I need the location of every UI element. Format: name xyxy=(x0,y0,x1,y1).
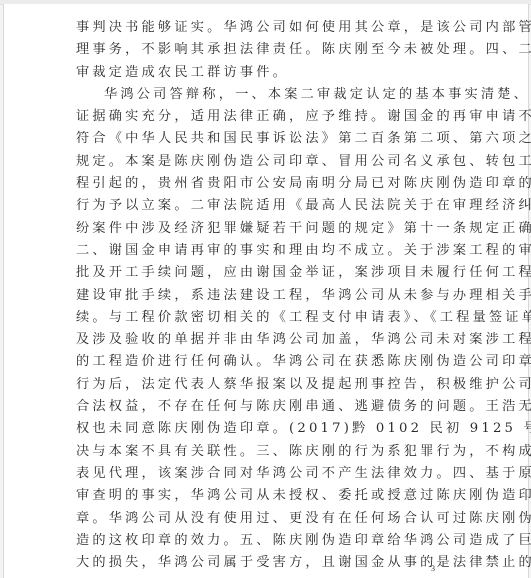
text-line: 续。与工程价款密切相关的《工程支付申请表》、《工程量签证单》 xyxy=(76,307,452,329)
text-line: 合法权益，不存在任何与陈庆刚串通、逃避债务的问题。王浩无 xyxy=(76,396,452,418)
text-line: 造的这枚印章的效力。五、陈庆刚伪造印章给华鸿公司造成了巨 xyxy=(76,530,452,552)
text-line: 证据确实充分，适用法律正确，应予维持。谢国金的再审申请不 xyxy=(76,106,452,128)
text-line: 符合《中华人民共和国民事诉讼法》第二百条第二项、第六项之 xyxy=(76,128,452,150)
text-line: 事判决书能够证实。华鸿公司如何使用其公章，是该公司内部管 xyxy=(76,17,452,39)
text-line: 理事务，不影响其承担法律责任。陈庆刚至今未被处理。四、二 xyxy=(76,39,452,61)
text-line-paragraph-start: 华鸿公司答辩称，一、本案二审裁定认定的基本事实清楚、 xyxy=(76,84,452,106)
text-line: 纷案件中涉及经济犯罪嫌疑若干问题的规定》第十一条规定正确。 xyxy=(76,218,452,240)
text-line: 权也未同意陈庆刚伪造印章。(2017)黔 0102 民初 9125 号民事判 xyxy=(76,418,452,440)
text-line: 表见代理，该案涉合同对华鸿公司不产生法律效力。四、基于原 xyxy=(76,463,452,485)
text-line: 规定。本案是陈庆刚伪造公司印章、冒用公司名义承包、转包工 xyxy=(76,151,452,173)
text-line: 行为予以立案。二审法院适用《最高人民法院关于在审理经济纠 xyxy=(76,195,452,217)
text-line: 批及开工手续问题，应由谢国金举证，案涉项目未履行任何工程 xyxy=(76,262,452,284)
document-page: 事判决书能够证实。华鸿公司如何使用其公章，是该公司内部管 理事务，不影响其承担法… xyxy=(3,4,529,578)
text-line: 章。华鸿公司从没有使用过、更没有在任何场合认可过陈庆刚伪 xyxy=(76,508,452,530)
text-line: 二、谢国金申请再审的事实和理由均不成立。关于涉案工程的审 xyxy=(76,240,452,262)
text-line: 建设审批手续，系违法建设工程，华鸿公司从未参与办理相关手 xyxy=(76,285,452,307)
page-number: 3 xyxy=(431,564,435,573)
document-body: 事判决书能够证实。华鸿公司如何使用其公章，是该公司内部管 理事务，不影响其承担法… xyxy=(76,17,452,574)
text-line: 及涉及验收的单据并非由华鸿公司加盖，华鸿公司未对案涉工程 xyxy=(76,329,452,351)
text-line: 审裁定造成农民工群访事件。 xyxy=(76,62,452,84)
text-line: 大的损失，华鸿公司属于受害方，且谢国金从事的是法律禁止的 xyxy=(76,552,452,574)
text-line: 程引起的，贵州省贵阳市公安局南明分局已对陈庆刚伪造印章的 xyxy=(76,173,452,195)
text-line: 行为后，法定代表人蔡华报案以及提起刑事控告，积极维护公司 xyxy=(76,374,452,396)
text-line: 决与本案不具有关联性。三、陈庆刚的行为系犯罪行为，不构成 xyxy=(76,441,452,463)
text-line: 审查明的事实，华鸿公司从未授权、委托或授意过陈庆刚伪造印 xyxy=(76,485,452,507)
text-line: 的工程造价进行任何确认。华鸿公司在获悉陈庆刚伪造公司印章 xyxy=(76,351,452,373)
